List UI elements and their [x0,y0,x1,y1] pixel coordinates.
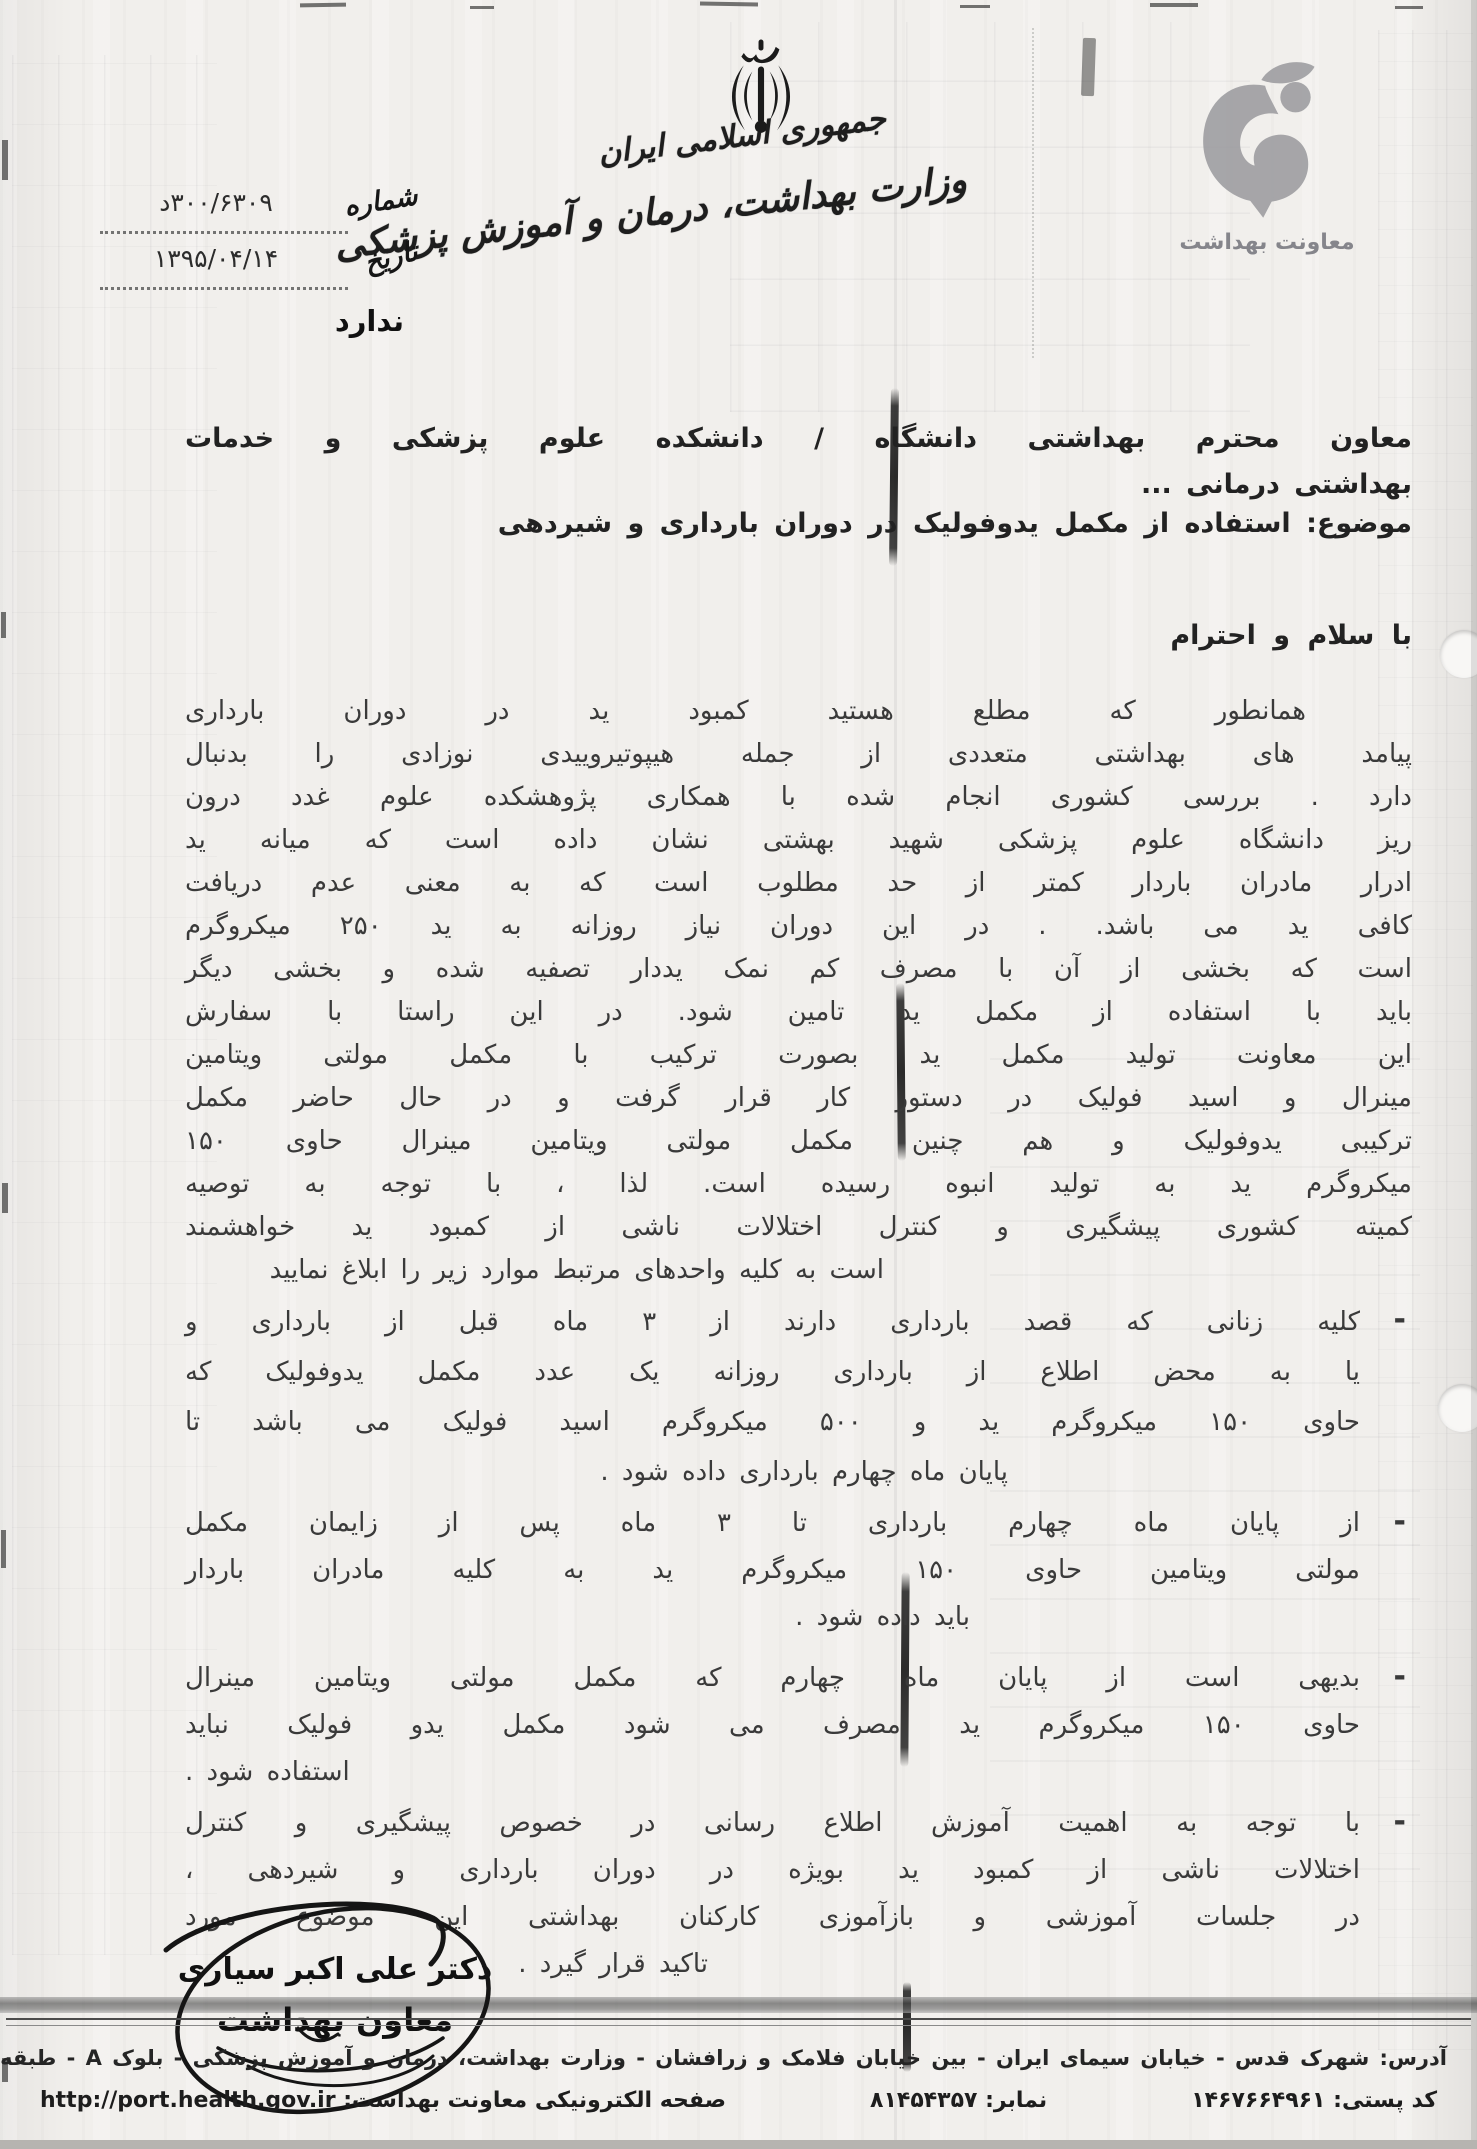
bullet-line: با توجه به اهمیت آموزش اطلاع رسانی در خص… [185,1800,1360,1847]
bullet-line: مولتی ویتامین حاوی ۱۵۰ میکروگرم ید به کل… [185,1547,1360,1594]
bullet-dash: - [1394,1798,1406,1845]
signatory-name: دکتر علی اکبر سیاری [170,1952,500,1987]
scanned-letter-page: جمهوری اسلامی ایران وزارت بهداشت، درمان … [0,0,1477,2149]
scan-artifact [1081,38,1096,96]
scan-artifact [1032,28,1036,358]
letter-number-row: شماره ۳۰۰/۶۳۰۹د [100,186,418,242]
scan-artifact [2,140,8,180]
body-line: مینرال و اسید فولیک در دستور کار قرار گر… [185,1077,1412,1120]
body-line: کمیته کشوری پیشگیری و کنترل اختلالات ناش… [185,1206,1412,1249]
bullet-item-3: - بدیهی است از پایان ماه چهارم که مکمل م… [185,1655,1360,1796]
body-line: کافی ید می باشد. . در این دوران نیاز روز… [185,905,1412,948]
footer-website: صفحه الکترونیکی معاونت بهداشت: http://po… [40,2088,726,2113]
footer-postal-code: کد پستی: ۱۴۶۷۶۶۴۹۶۱ [1191,2088,1437,2113]
scan-artifact [700,1,758,6]
number-label: شماره [342,180,420,222]
bullet-line: باید داده شود . [185,1594,1360,1641]
bullet-line: استفاده شود . [185,1749,1360,1796]
scan-artifact [470,6,494,9]
bullet-line: پایان ماه چهارم بارداری داده شود . [185,1447,1360,1497]
body-line: دارد . بررسی کشوری انجام شده با همکاری پ… [185,776,1412,819]
scan-artifact [1395,6,1423,9]
body-line: ترکیبی یدوفولیک و هم چنین مکمل مولتی ویت… [185,1120,1412,1163]
date-value: ۱۳۹۵/۰۴/۱۴ [100,244,332,273]
bullet-dash: - [1394,1653,1406,1700]
body-line: همانطور که مطلع هستید کمبود ید در دوران … [185,690,1412,733]
number-value: ۳۰۰/۶۳۰۹د [100,188,332,217]
bullet-line: حاوی ۱۵۰ میکروگرم ید مصرف می شود مکمل ید… [185,1702,1360,1749]
bullet-line: کلیه زنانی که قصد بارداری دارند از ۳ ماه… [185,1297,1360,1347]
subject-line: موضوع: استفاده از مکمل یدوفولیک در دوران… [185,508,1412,539]
footer-divider [6,2018,1471,2026]
body-paragraph: همانطور که مطلع هستید کمبود ید در دوران … [185,690,1412,1292]
letter-meta: شماره ۳۰۰/۶۳۰۹د تاریخ ۱۳۹۵/۰۴/۱۴ ندارد [100,186,418,298]
bullet-dash: - [1394,1498,1406,1545]
footer-fax: نمابر: ۸۱۴۵۴۳۵۷ [870,2088,1047,2113]
bullet-line: یا به محض اطلاع از بارداری روزانه یک عدد… [185,1347,1360,1397]
bullet-line: بدیهی است از پایان ماه چهارم که مکمل مول… [185,1655,1360,1702]
scan-artifact [1,1530,6,1568]
bullet-dash: - [1394,1295,1406,1345]
body-line: میکروگرم ید به تولید انبوه رسیده است. لذ… [185,1163,1412,1206]
health-deputy-logo: معاونت بهداشت [1178,52,1356,255]
addressee-line: بهداشتی درمانی ... [185,462,1412,508]
health-deputy-caption: معاونت بهداشت [1178,230,1356,255]
scan-artifact [960,5,990,8]
dotted-line [100,231,348,234]
attachment-value: ندارد [335,304,404,338]
addressee-block: معاون محترم بهداشتی دانشگاه / دانشکده عل… [185,416,1412,508]
scan-artifact [300,3,346,8]
letter-date-row: تاریخ ۱۳۹۵/۰۴/۱۴ [100,242,418,298]
bullet-line: حاوی ۱۵۰ میکروگرم ید و ۵۰۰ میکروگرم اسید… [185,1397,1360,1447]
scan-artifact [1150,3,1198,7]
body-line: است به کلیه واحدهای مرتبط موارد زیر را ا… [185,1249,1412,1292]
footer-contact-row: کد پستی: ۱۴۶۷۶۶۴۹۶۱ نمابر: ۸۱۴۵۴۳۵۷ صفحه… [40,2088,1437,2113]
bullet-item-1: - کلیه زنانی که قصد بارداری دارند از ۳ م… [185,1297,1360,1497]
body-line: این معاونت تولید مکمل ید بصورت ترکیب با … [185,1034,1412,1077]
body-line: ریز دانشگاه علوم پزشکی شهید بهشتی نشان د… [185,819,1412,862]
addressee-line: معاون محترم بهداشتی دانشگاه / دانشکده عل… [185,416,1412,462]
date-label: تاریخ [361,236,421,279]
scan-artifact [1,612,6,638]
body-line: است که بخشی از آن با مصرف کم نمک یددار ت… [185,948,1412,991]
apple-logo-icon [1191,52,1343,224]
bullet-line: در جلسات آموزشی و بازآموزی کارکنان بهداش… [185,1894,1360,1941]
bullet-item-2: - از پایان ماه چهارم بارداری تا ۳ ماه پس… [185,1500,1360,1641]
body-line: ادرار مادران باردار کمتر از حد مطلوب است… [185,862,1412,905]
bullet-line: اختلالات ناشی از کمبود ید بویژه در دوران… [185,1847,1360,1894]
body-line: باید با استفاده از مکمل ید تامین شود. در… [185,991,1412,1034]
bullet-line: از پایان ماه چهارم بارداری تا ۳ ماه پس ا… [185,1500,1360,1547]
scan-edge [1471,0,1477,2149]
body-line: پیامد های بهداشتی متعددی از جمله هیپوتیر… [185,733,1412,776]
scan-artifact [2,1183,8,1213]
salutation: با سلام و احترام [1170,620,1412,651]
header-ministry-title: وزارت بهداشت، درمان و آموزش پزشکی [427,158,969,257]
footer-address: آدرس: شهرک قدس - خیابان سیمای ایران - بی… [30,2046,1447,2070]
scan-edge-bottom [0,2140,1477,2149]
dotted-line [100,287,348,290]
